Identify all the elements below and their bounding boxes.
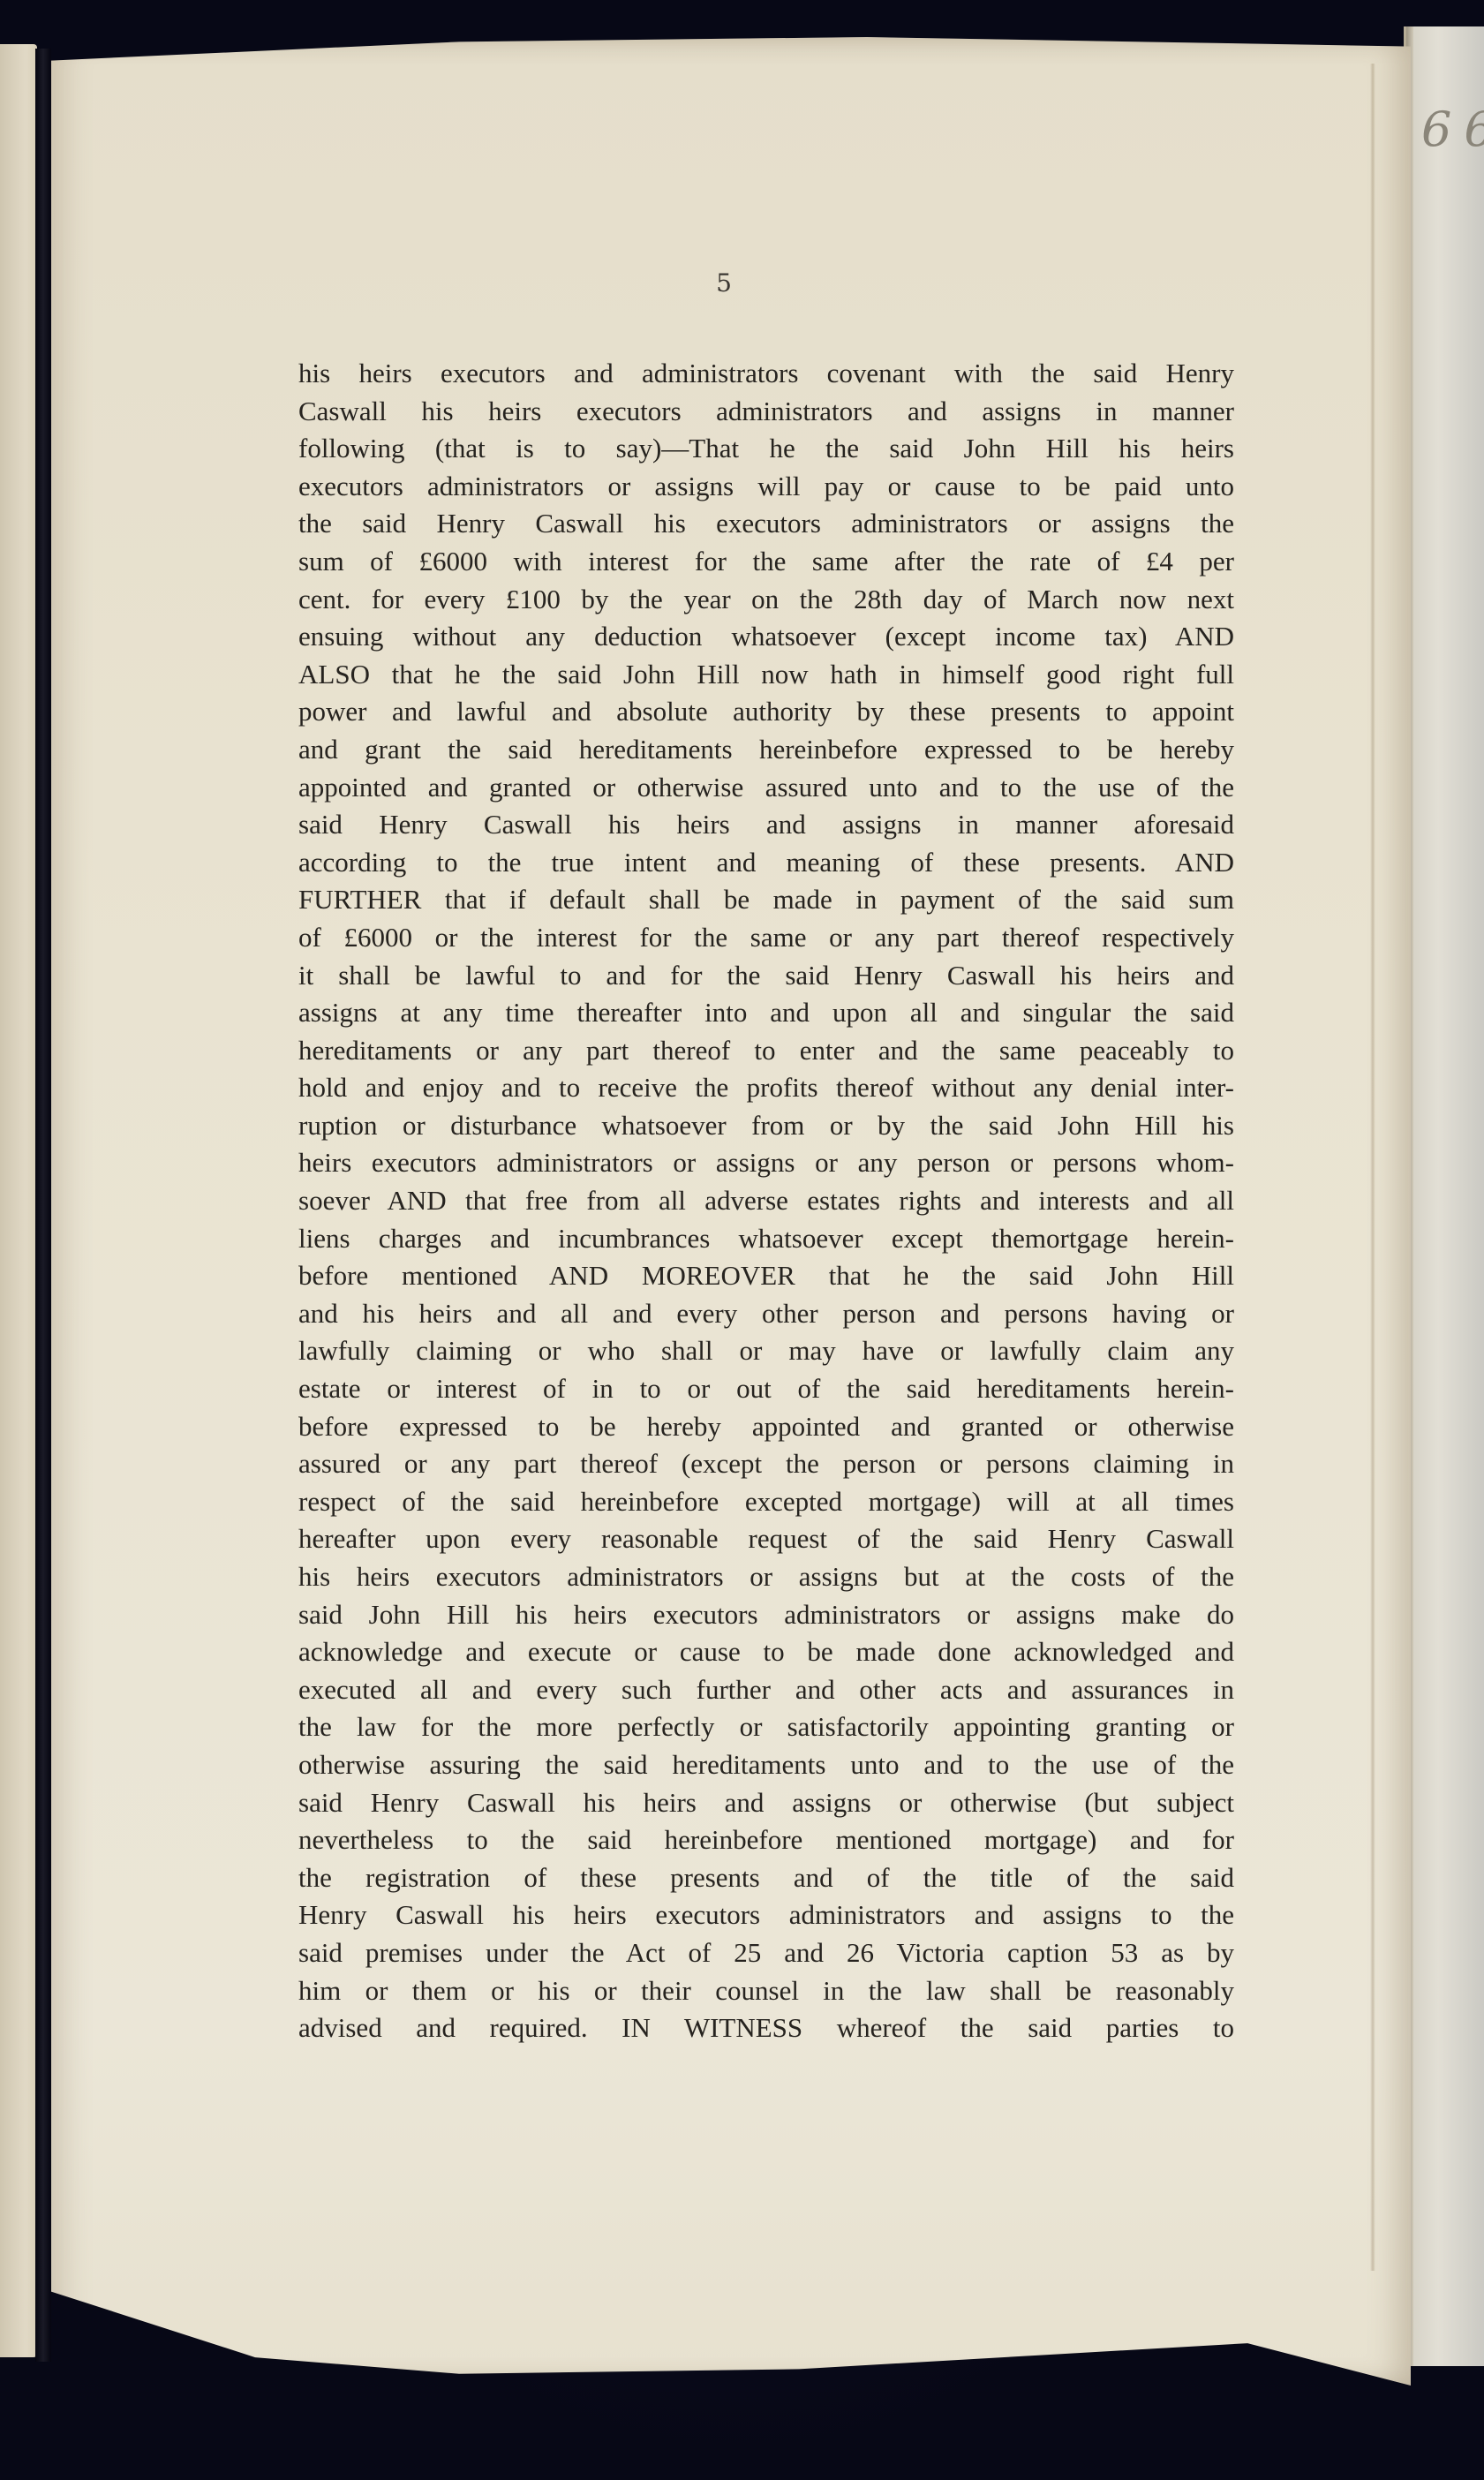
text-line: said premises under the Act of 25 and 26… bbox=[298, 1934, 1234, 1972]
left-page-edge bbox=[0, 44, 37, 2357]
margin-handwritten-number: 66 bbox=[1421, 102, 1484, 157]
text-line: and his heirs and all and every other pe… bbox=[298, 1295, 1234, 1333]
text-line: acknowledge and execute or cause to be m… bbox=[298, 1633, 1234, 1671]
text-line: ensuing without any deduction whatsoever… bbox=[298, 618, 1234, 656]
text-line: and grant the said hereditaments hereinb… bbox=[298, 731, 1234, 769]
text-line: heirs executors administrators or assign… bbox=[298, 1144, 1234, 1182]
text-line: before expressed to be hereby appointed … bbox=[298, 1408, 1234, 1446]
text-line: executed all and every such further and … bbox=[298, 1671, 1234, 1709]
text-line: the registration of these presents and o… bbox=[298, 1859, 1234, 1897]
text-line: soever AND that free from all adverse es… bbox=[298, 1182, 1234, 1220]
text-line: appointed and granted or otherwise assur… bbox=[298, 769, 1234, 807]
text-line: of £6000 or the interest for the same or… bbox=[298, 919, 1234, 957]
text-line: ruption or disturbance whatsoever from o… bbox=[298, 1107, 1234, 1145]
text-line: hold and enjoy and to receive the profit… bbox=[298, 1069, 1234, 1107]
text-line: his heirs executors and administrators c… bbox=[298, 355, 1234, 393]
text-line: estate or interest of in to or out of th… bbox=[298, 1370, 1234, 1408]
text-line: liens charges and incumbrances whatsoeve… bbox=[298, 1220, 1234, 1258]
text-line: FURTHER that if default shall be made in… bbox=[298, 881, 1234, 919]
text-line: respect of the said hereinbefore excepte… bbox=[298, 1483, 1234, 1521]
text-line: lawfully claiming or who shall or may ha… bbox=[298, 1332, 1234, 1370]
text-line: according to the true intent and meaning… bbox=[298, 844, 1234, 882]
text-line: Caswall his heirs executors administrato… bbox=[298, 393, 1234, 431]
body-text: his heirs executors and administrators c… bbox=[298, 355, 1234, 2047]
text-line: said Henry Caswall his heirs and assigns… bbox=[298, 806, 1234, 844]
text-line: nevertheless to the said hereinbefore me… bbox=[298, 1821, 1234, 1859]
scanned-book-spread: 66 5 his heirs executors and administrat… bbox=[0, 0, 1484, 2480]
text-line: the law for the more perfectly or satisf… bbox=[298, 1708, 1234, 1746]
text-line: before mentioned AND MOREOVER that he th… bbox=[298, 1257, 1234, 1295]
text-line: following (that is to say)—That he the s… bbox=[298, 430, 1234, 468]
text-line: said Henry Caswall his heirs and assigns… bbox=[298, 1784, 1234, 1822]
text-line: his heirs executors administrators or as… bbox=[298, 1558, 1234, 1596]
text-line: Henry Caswall his heirs executors admini… bbox=[298, 1896, 1234, 1934]
text-line: advised and required. IN WITNESS whereof… bbox=[298, 2009, 1234, 2047]
right-page-stack bbox=[1404, 26, 1484, 2366]
text-line: hereditaments or any part thereof to ent… bbox=[298, 1032, 1234, 1070]
text-line: him or them or his or their counsel in t… bbox=[298, 1972, 1234, 2010]
document-page: 5 his heirs executors and administrators… bbox=[51, 37, 1411, 2386]
book-gutter bbox=[35, 49, 51, 2362]
text-line: cent. for every £100 by the year on the … bbox=[298, 581, 1234, 619]
text-line: assured or any part thereof (except the … bbox=[298, 1445, 1234, 1483]
text-line: executors administrators or assigns will… bbox=[298, 468, 1234, 506]
page-number: 5 bbox=[44, 268, 1404, 298]
text-line: otherwise assuring the said hereditament… bbox=[298, 1746, 1234, 1784]
text-line: hereafter upon every reasonable request … bbox=[298, 1520, 1234, 1558]
text-line: it shall be lawful to and for the said H… bbox=[298, 957, 1234, 995]
text-line: the said Henry Caswall his executors adm… bbox=[298, 505, 1234, 543]
text-line: assigns at any time thereafter into and … bbox=[298, 994, 1234, 1032]
text-line: said John Hill his heirs executors admin… bbox=[298, 1596, 1234, 1634]
text-line: sum of £6000 with interest for the same … bbox=[298, 543, 1234, 581]
text-line: ALSO that he the said John Hill now hath… bbox=[298, 656, 1234, 694]
text-line: power and lawful and absolute authority … bbox=[298, 693, 1234, 731]
